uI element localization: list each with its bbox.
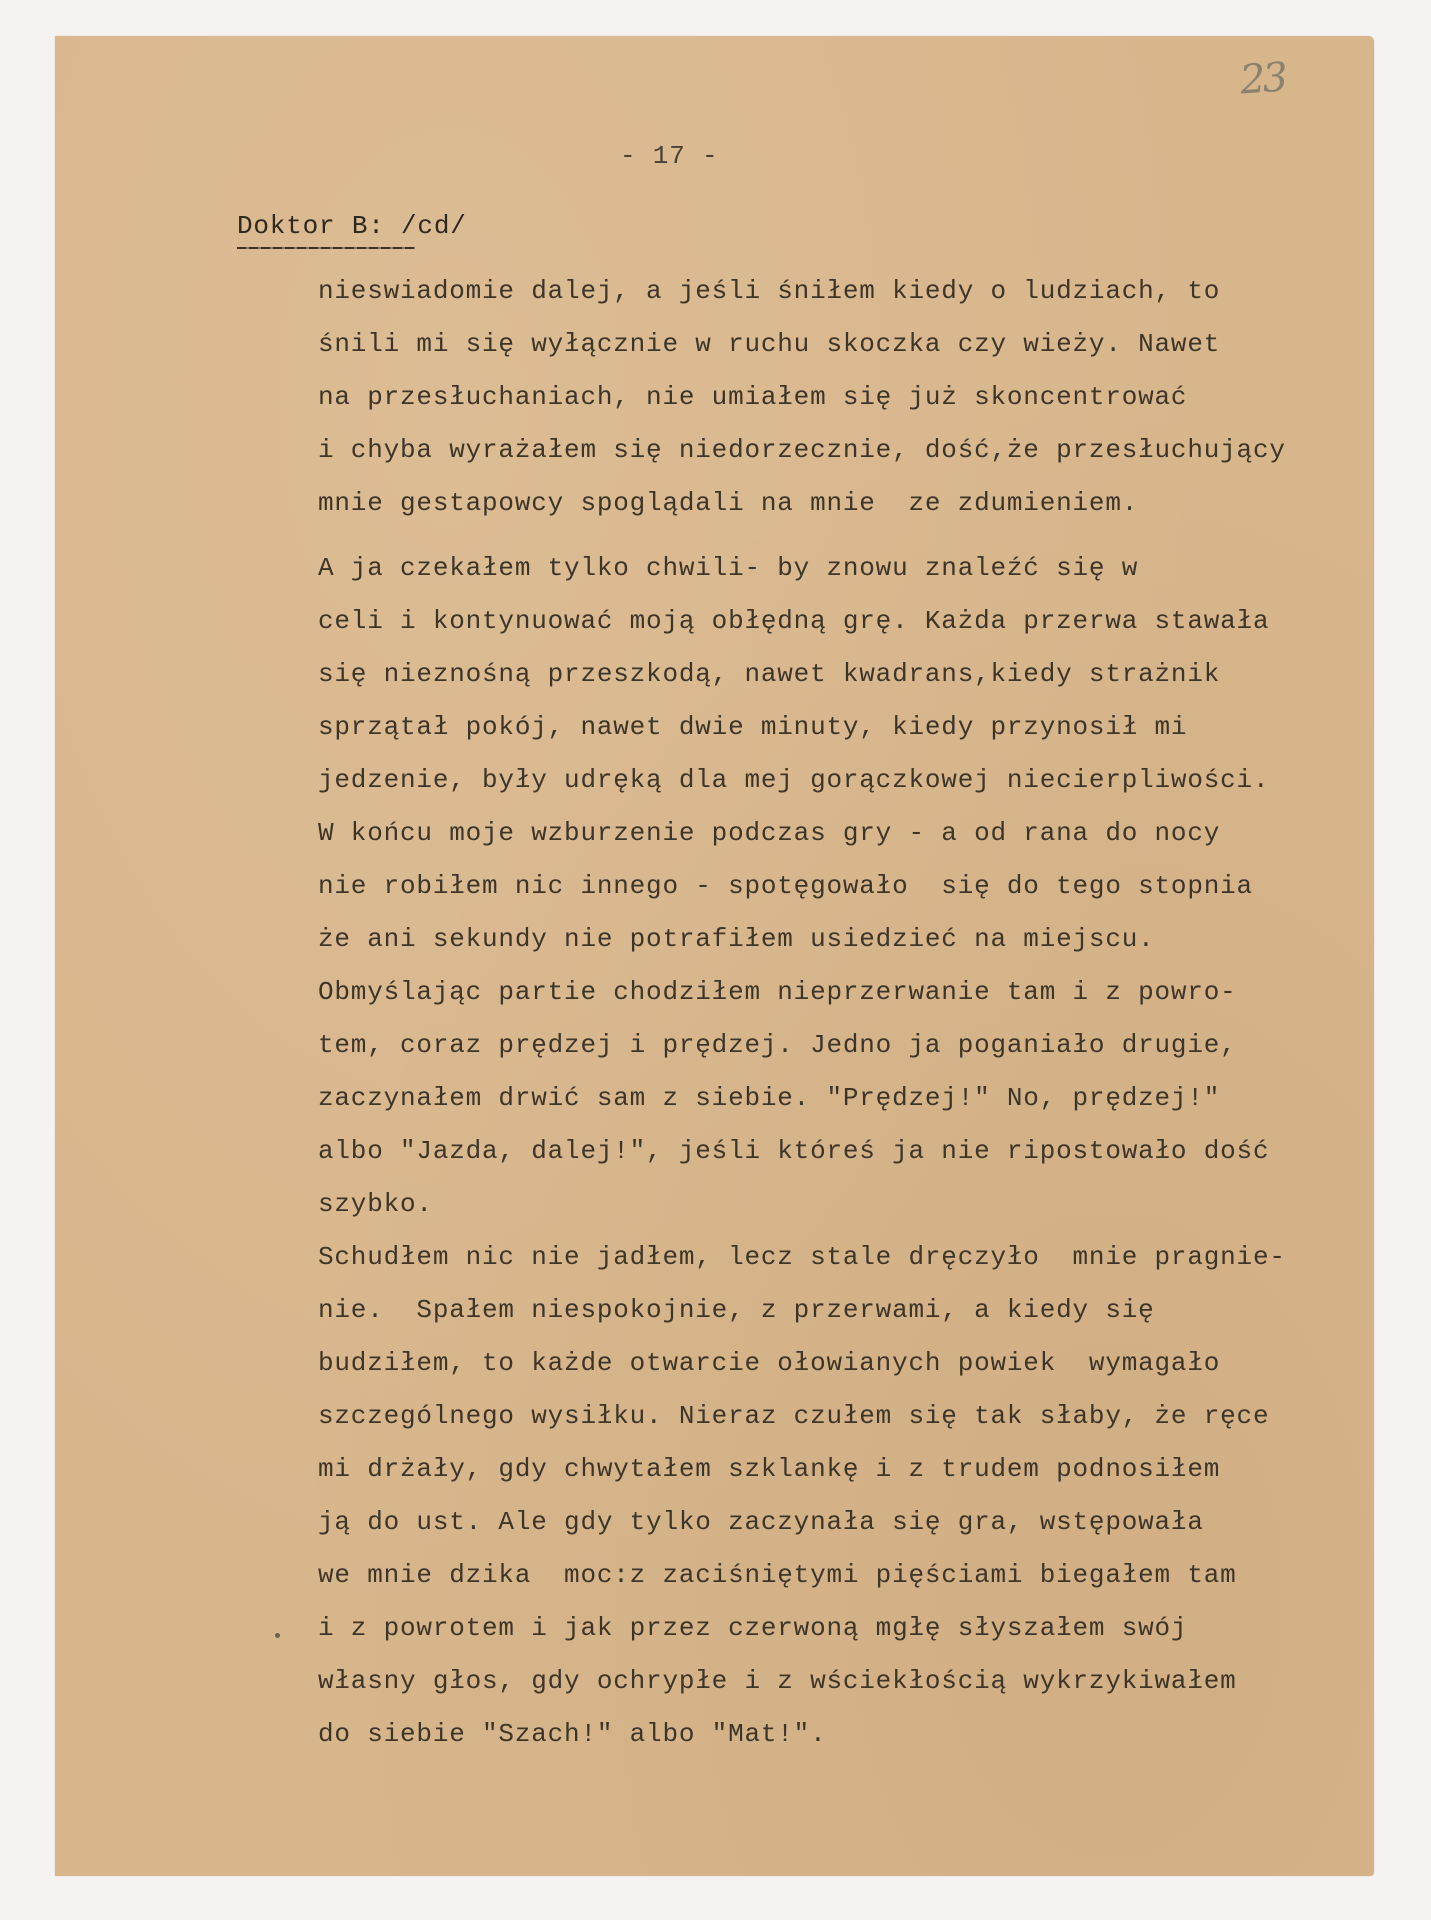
text-line: nieswiadomie dalej, a jeśli śniłem kiedy… (318, 278, 1220, 304)
handwritten-folio-number: 23 (1238, 54, 1286, 103)
text-line: szczególnego wysiłku. Nieraz czułem się … (318, 1403, 1269, 1429)
text-line: ją do ust. Ale gdy tylko zaczynała się g… (318, 1509, 1204, 1535)
text-line: albo "Jazda, dalej!", jeśli któreś ja ni… (318, 1138, 1269, 1164)
text-line: nie robiłem nic innego - spotęgowało się… (318, 873, 1253, 899)
text-line: celi i kontynuować moją obłędną grę. Każ… (318, 608, 1269, 634)
text-line: że ani sekundy nie potrafiłem usiedzieć … (318, 926, 1155, 952)
page-number: - 17 - (620, 143, 718, 169)
text-line: zaczynałem drwić sam z siebie. "Prędzej!… (318, 1085, 1220, 1111)
text-line: budziłem, to każde otwarcie ołowianych p… (318, 1350, 1220, 1376)
text-line: jedzenie, były udręką dla mej gorączkowe… (318, 767, 1269, 793)
typewritten-page: 23 - 17 - Doktor B: /cd/ nieswiadomie da… (55, 36, 1374, 1876)
text-line: się nieznośną przeszkodą, nawet kwadrans… (318, 661, 1220, 687)
text-line: szybko. (318, 1191, 433, 1217)
text-line: W końcu moje wzburzenie podczas gry - a … (318, 820, 1220, 846)
text-line: mi drżały, gdy chwytałem szklankę i z tr… (318, 1456, 1220, 1482)
text-line: i z powrotem i jak przez czerwoną mgłę s… (318, 1615, 1187, 1641)
text-line: do siebie "Szach!" albo "Mat!". (318, 1721, 826, 1747)
text-line: we mnie dzika moc:z zaciśniętymi pięścia… (318, 1562, 1237, 1588)
heading-underline (237, 247, 415, 249)
text-line: i chyba wyrażałem się niedorzecznie, doś… (318, 437, 1286, 463)
section-heading: Doktor B: /cd/ (237, 213, 467, 239)
text-line: sprzątał pokój, nawet dwie minuty, kiedy… (318, 714, 1187, 740)
text-line: śnili mi się wyłącznie w ruchu skoczka c… (318, 331, 1220, 357)
text-line: tem, coraz prędzej i prędzej. Jedno ja p… (318, 1032, 1237, 1058)
text-line: Obmyślając partie chodziłem nieprzerwani… (318, 979, 1237, 1005)
text-line: na przesłuchaniach, nie umiałem się już … (318, 384, 1187, 410)
paper-speck (275, 1633, 280, 1638)
text-line: Schudłem nic nie jadłem, lecz stale dręc… (318, 1244, 1286, 1270)
text-line: A ja czekałem tylko chwili- by znowu zna… (318, 555, 1138, 581)
text-line: własny głos, gdy ochrypłe i z wściekłośc… (318, 1668, 1237, 1694)
text-line: mnie gestapowcy spoglądali na mnie ze zd… (318, 490, 1138, 516)
text-line: nie. Spałem niespokojnie, z przerwami, a… (318, 1297, 1155, 1323)
